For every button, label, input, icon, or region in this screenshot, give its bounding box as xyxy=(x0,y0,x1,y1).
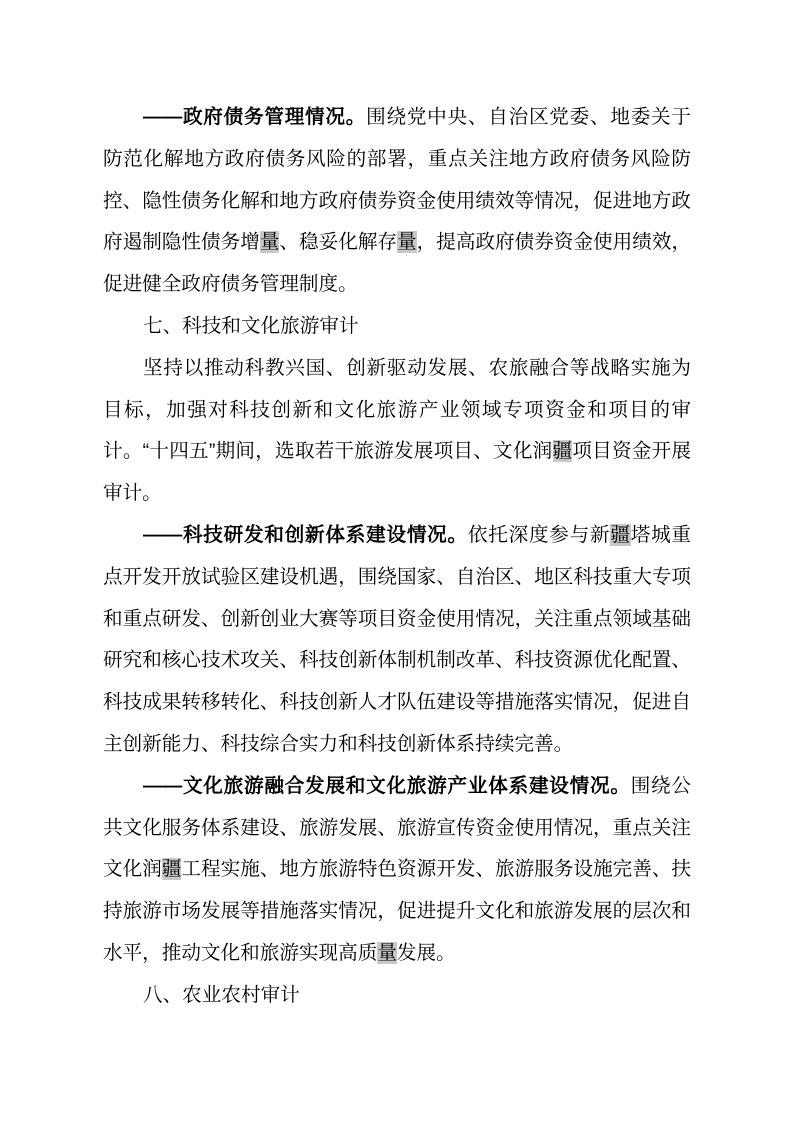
run-in-heading: ——文化旅游融合发展和文化旅游产业体系建设情况。 xyxy=(143,775,631,797)
paragraph: ——政府债务管理情况。围绕党中央、自治区党委、地委关于防范化解地方政府债务风险的… xyxy=(103,97,691,306)
highlighted-character: 量 xyxy=(377,942,397,964)
paragraph: 坚持以推动科教兴国、创新驱动发展、农旅融合等战略实施为目标，加强对科技创新和文化… xyxy=(103,348,691,515)
text-segment: 、稳妥化解存 xyxy=(279,231,397,253)
document-text-block: ——政府债务管理情况。围绕党中央、自治区党委、地委关于防范化解地方政府债务风险的… xyxy=(103,97,691,1017)
text-segment: 塔城重点开发开放试验区建设机遇，围绕国家、自治区、地区科技重大专项和重点研发、创… xyxy=(103,524,691,755)
highlighted-character: 疆 xyxy=(610,524,630,546)
highlighted-character: 疆 xyxy=(162,858,182,880)
text-segment: 发展。 xyxy=(397,942,456,964)
paragraph: ——科技研发和创新体系建设情况。依托深度参与新疆塔城重点开发开放试验区建设机遇，… xyxy=(103,515,691,766)
highlighted-character: 量 xyxy=(397,231,417,253)
highlighted-character: 疆 xyxy=(553,440,573,462)
text-segment: 七、科技和文化旅游审计 xyxy=(143,315,359,337)
section-heading: 八、农业农村审计 xyxy=(103,975,691,1017)
section-heading: 七、科技和文化旅游审计 xyxy=(103,306,691,348)
document-page: ——政府债务管理情况。围绕党中央、自治区党委、地委关于防范化解地方政府债务风险的… xyxy=(0,0,793,1122)
paragraph: ——文化旅游融合发展和文化旅游产业体系建设情况。围绕公共文化服务体系建设、旅游发… xyxy=(103,766,691,975)
text-segment: 依托深度参与新 xyxy=(468,524,610,546)
run-in-heading: ——科技研发和创新体系建设情况。 xyxy=(143,524,468,546)
run-in-heading: ——政府债务管理情况。 xyxy=(143,106,366,128)
highlighted-character: 量 xyxy=(260,231,280,253)
text-segment: 八、农业农村审计 xyxy=(143,984,300,1006)
